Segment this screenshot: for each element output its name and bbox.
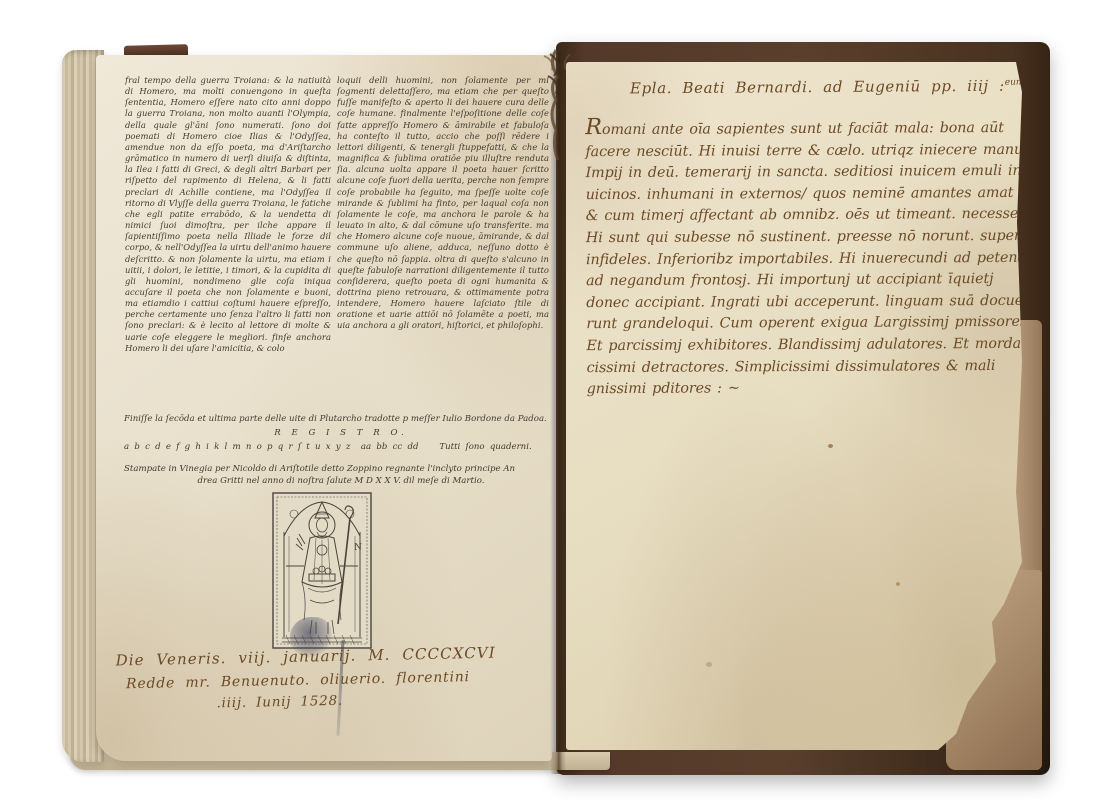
epistle-heading: Epla. Beati Bernardi. ad Eugeniū pp. iii… <box>630 77 1010 98</box>
inscription-line: Redde mr. Benuenuto. oliuerio. florentin… <box>126 667 546 692</box>
colophon-block: Finiſſe la ſecōda et ultima parte delle … <box>124 413 558 487</box>
epistle-line: Hi sunt qui subesse nō sustinent. preess… <box>586 226 1022 250</box>
inscription-line: .iiij. Iunij 1528. <box>216 688 546 711</box>
right-pastedown-page: Epla. Beati Bernardi. ad Eugeniū pp. iii… <box>566 62 1022 750</box>
photo-background: { "left_page": { "column_1": "fral tempo… <box>0 0 1109 800</box>
epistle-line: infideles. Inferioribz importabiles. Hi … <box>586 247 1022 271</box>
imprint-line-1: Stampate in Vinegia per Nicoldo di Ariſt… <box>124 463 558 475</box>
epistle-line: facere nesciūt. Hi inuisi terre & cælo. … <box>585 139 1021 163</box>
epistle-line: runt grandeloqui. Cum operent exigua Lar… <box>586 312 1022 336</box>
epistle-line: Et parcissimj exhibitores. Blandissimj a… <box>586 334 1022 358</box>
ownership-inscription: Die Veneris. viij. januarij. M. CCCCXCVI… <box>115 643 546 714</box>
epistle-line: Impij in deū. temerarij in sancta. sedit… <box>586 161 1022 185</box>
epistle-line: gnissimi pditores : ~ <box>587 377 1023 401</box>
foxing-spot <box>706 662 712 667</box>
registro-line: a b c d e f g h i k l m n o p q r ſ t u … <box>124 441 558 453</box>
epistle-line: & cum timerj affectant ab omnibz. oēs ut… <box>586 204 1022 228</box>
printed-column-right: loquii delli huomini, non ſolamente per … <box>337 75 549 405</box>
open-book: fral tempo della guerra Troiana: & la na… <box>58 30 1050 775</box>
epistle-heading-text: Epla. Beati Bernardi. ad Eugeniū pp. iii… <box>630 77 1005 98</box>
woodcut-initial-N: N <box>354 543 362 553</box>
epistle-line: Romani ante oīa sapientes sunt ut faciāt… <box>585 115 1021 142</box>
epistle-body: Romani ante oīa sapientes sunt ut faciāt… <box>585 115 1022 401</box>
inscription-line: Die Veneris. viij. januarij. M. CCCCXCVI <box>115 643 545 670</box>
epistle-line: cissimi detractores. Simplicissimi dissi… <box>587 355 1023 379</box>
foxing-spot <box>896 582 900 586</box>
imprint-line-2: drea Gritti nel anno di noſtra ſalute M … <box>124 475 558 487</box>
left-page: fral tempo della guerra Troiana: & la na… <box>96 55 552 761</box>
foxing-spot <box>828 444 833 448</box>
epistle-line: uicinos. inhumani in externos/ quos nemi… <box>586 183 1022 207</box>
printed-column-left: fral tempo della guerra Troiana: & la na… <box>125 75 331 417</box>
colophon-line: Finiſſe la ſecōda et ultima parte delle … <box>124 413 558 425</box>
epistle-line: ad negandum frontosj. Hi importunj ut ac… <box>586 269 1022 293</box>
epistle-line: donec accipiant. Ingrati ubi acceperunt.… <box>586 291 1022 315</box>
registro-heading: R E G I S T R O. <box>124 427 558 439</box>
